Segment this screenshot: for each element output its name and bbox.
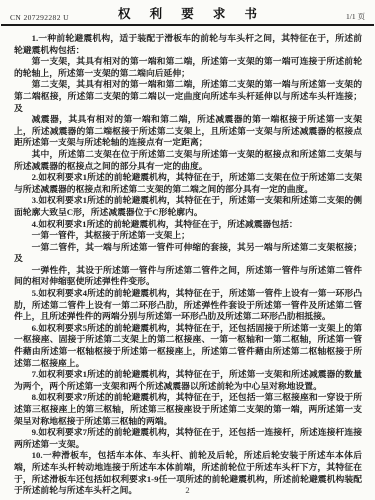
- claim-paragraph: 第二支架，其具有相对的第一端和第二端，所述第二支架的第一端与所述第一支架的第二端…: [14, 79, 362, 114]
- claim-paragraph: 7.如权利要求1所述的前轮避震机构，其特征在于，所述第一支架和所述减震器的数量为…: [14, 369, 362, 392]
- claim-paragraph: 1.一种前轮避震机构，适于装配于滑板车的前轮与车头杆之间，其特征在于，所述前轮避…: [14, 33, 362, 56]
- claim-paragraph: 4.如权利要求1所述的前轮避震机构，其特征在于，所述减震器包括：: [14, 219, 362, 231]
- document-number: CN 207292282 U: [10, 13, 69, 22]
- claim-paragraph: 一第一管件，其枢接于所述第一支架上；: [14, 230, 362, 242]
- claim-paragraph: 第一支架，其具有相对的第一端和第二端，所述第一支架的第一端可连接于所述前轮的轮轴…: [14, 56, 362, 79]
- page-title: 权 利 要 求 书: [110, 4, 265, 22]
- page-indicator: 1/1 页: [346, 11, 365, 22]
- claim-paragraph: 3.如权利要求1所述的前轮避震机构，其特征在于，所述第一支架和所述第二支架的侧面…: [14, 195, 362, 218]
- claim-3: 3.如权利要求1所述的前轮避震机构，其特征在于，所述第一支架和所述第二支架的侧面…: [14, 195, 362, 218]
- claims-body: 1.一种前轮避震机构，适于装配于滑板车的前轮与车头杆之间，其特征在于，所述前轮避…: [0, 26, 375, 497]
- page-number: 2: [185, 485, 189, 495]
- page-header: CN 207292282 U 权 利 要 求 书 1/1 页: [1, 0, 374, 26]
- claim-9: 9.如权利要求7所述的前轮避震机构，其特征在于，还包括一连接杆，所述连接杆连接两…: [14, 427, 362, 450]
- claim-1: 1.一种前轮避震机构，适于装配于滑板车的前轮与车头杆之间，其特征在于，所述前轮避…: [14, 33, 362, 172]
- claim-paragraph: 6.如权利要求5所述的前轮避震机构，其特征在于，还包括固接于所述第一支架上的第一…: [14, 323, 362, 369]
- claim-7: 7.如权利要求1所述的前轮避震机构，其特征在于，所述第一支架和所述减震器的数量为…: [14, 369, 362, 392]
- claim-8: 8.如权利要求7所述的前轮避震机构，其特征在于，还包括一第三枢接座和一穿设于所述…: [14, 392, 362, 427]
- claim-paragraph: 一第二管件，其一端与所述第一管件可伸缩的套接，其另一端与所述第二支架枢接；及: [14, 242, 362, 265]
- claim-paragraph: 一弹性件，其设于所述第一管件与所述第二管件之间，所述第一管件与所述第二管件间的相…: [14, 265, 362, 288]
- patent-claims-page: CN 207292282 U 权 利 要 求 书 1/1 页 1.一种前轮避震机…: [0, 0, 375, 500]
- claim-paragraph: 2.如权利要求1所述的前轮避震机构，其特征在于，所述第二支架在位于所述第二支架与…: [14, 172, 362, 195]
- claim-2: 2.如权利要求1所述的前轮避震机构，其特征在于，所述第二支架在位于所述第二支架与…: [14, 172, 362, 195]
- claim-paragraph: 减震器，其具有相对的第一端和第二端，所述减震器的第一端枢接于所述第一支架上，所述…: [14, 114, 362, 149]
- claim-paragraph: 9.如权利要求7所述的前轮避震机构，其特征在于，还包括一连接杆，所述连接杆连接两…: [14, 427, 362, 450]
- page-footer: 2: [0, 485, 375, 495]
- claim-paragraph: 5.如权利要求4所述的前轮避震机构，其特征在于，所述第一管件上设有一第一环形凸肋…: [14, 288, 362, 323]
- claim-5: 5.如权利要求4所述的前轮避震机构，其特征在于，所述第一管件上设有一第一环形凸肋…: [14, 288, 362, 323]
- claim-4: 4.如权利要求1所述的前轮避震机构，其特征在于，所述减震器包括： 一第一管件，其…: [14, 219, 362, 289]
- claim-paragraph: 其中，所述第二支架在位于所述第二支架与所述第一支架的枢接点和所述第二支架与所述减…: [14, 149, 362, 172]
- claim-6: 6.如权利要求5所述的前轮避震机构，其特征在于，还包括固接于所述第一支架上的第一…: [14, 323, 362, 369]
- claim-paragraph: 8.如权利要求7所述的前轮避震机构，其特征在于，还包括一第三枢接座和一穿设于所述…: [14, 392, 362, 427]
